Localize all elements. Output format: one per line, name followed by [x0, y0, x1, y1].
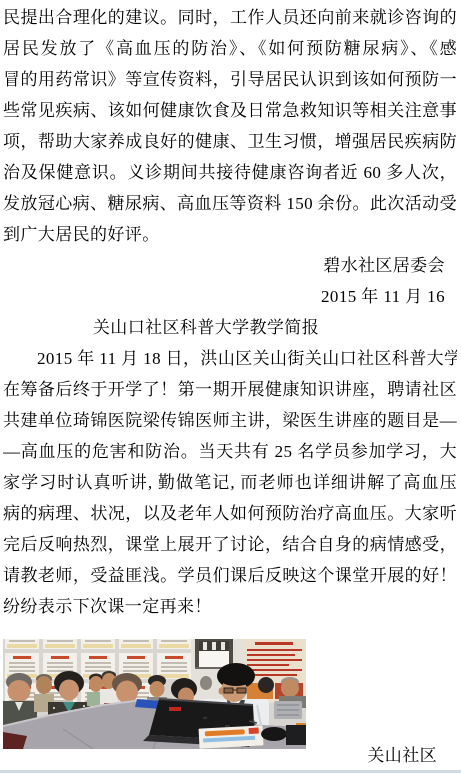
text-line: 项，帮助大家养成良好的健康、卫生习惯，增强居民疾病防	[3, 126, 457, 157]
laptop-logo	[169, 707, 181, 711]
lecture-classroom-photo	[3, 639, 306, 749]
text-line: —高血压的危害和防治。当天共有 25 名学员参加学习，大	[3, 436, 457, 467]
text-line: 共建单位琦锦医院梁传锦医师主讲，梁医生讲座的题目是—	[3, 405, 457, 436]
text-line: 到广大居民的好评。	[3, 219, 457, 250]
signature-bishui-committee: 碧水社区居委会	[3, 250, 457, 281]
text-line: 2015 年 11 月 18 日，洪山区关山街关山口社区科普大学	[3, 343, 457, 374]
photo-magazines	[199, 725, 264, 748]
report-title: 关山口社区科普大学教学简报	[3, 312, 457, 343]
text-line: 居民发放了《高血压的防治》、《如何预防糖尿病》、《感	[3, 33, 457, 64]
closing-date: 2015 年 11 月 16	[3, 281, 457, 312]
text-line: 在筹备后终于开学了！第一期开展健康知识讲座，聘请社区	[3, 374, 457, 405]
text-line: 完后反响热烈，课堂上展开了讨论，结合自身的病情感受，	[3, 529, 457, 560]
text-line: 冒的用药常识》等宣传资料，引导居民认识到该如何预防一	[3, 64, 457, 95]
text-line: 发放冠心病、糖尿病、高血压等资料 150 余份。此次活动受	[3, 188, 457, 219]
document-page: 民提出合理化的建议。同时，工作人员还向前来就诊咨询的 居民发放了《高血压的防治》…	[0, 0, 461, 773]
text-line: 家学习时认真听讲, 勤做笔记, 而老师也详细讲解了高血压	[3, 467, 457, 498]
text-line: 请教老师，受益匪浅。学员们课后反映这个课堂开展的好！	[3, 560, 457, 591]
text-line: 病的病理、状况，以及老年人如何预防治疗高血压。大家听	[3, 498, 457, 529]
text-line: 纷纷表示下次课一定再来！	[3, 591, 457, 622]
text-line: 治及保健意识。义诊期间共接待健康咨询者近 60 多人次，	[3, 157, 457, 188]
text-line: 些常见疾病、该如何健康饮食及日常急救知识等相关注意事	[3, 95, 457, 126]
paragraph-lecture-report: 2015 年 11 月 18 日，洪山区关山街关山口社区科普大学 在筹备后终于开…	[3, 343, 457, 622]
photo-chair	[274, 701, 302, 719]
paragraph-clinic-report: 民提出合理化的建议。同时，工作人员还向前来就诊咨询的 居民发放了《高血压的防治》…	[3, 2, 457, 250]
classroom-photo-art	[3, 639, 306, 749]
text-line: 民提出合理化的建议。同时，工作人员还向前来就诊咨询的	[3, 2, 457, 33]
